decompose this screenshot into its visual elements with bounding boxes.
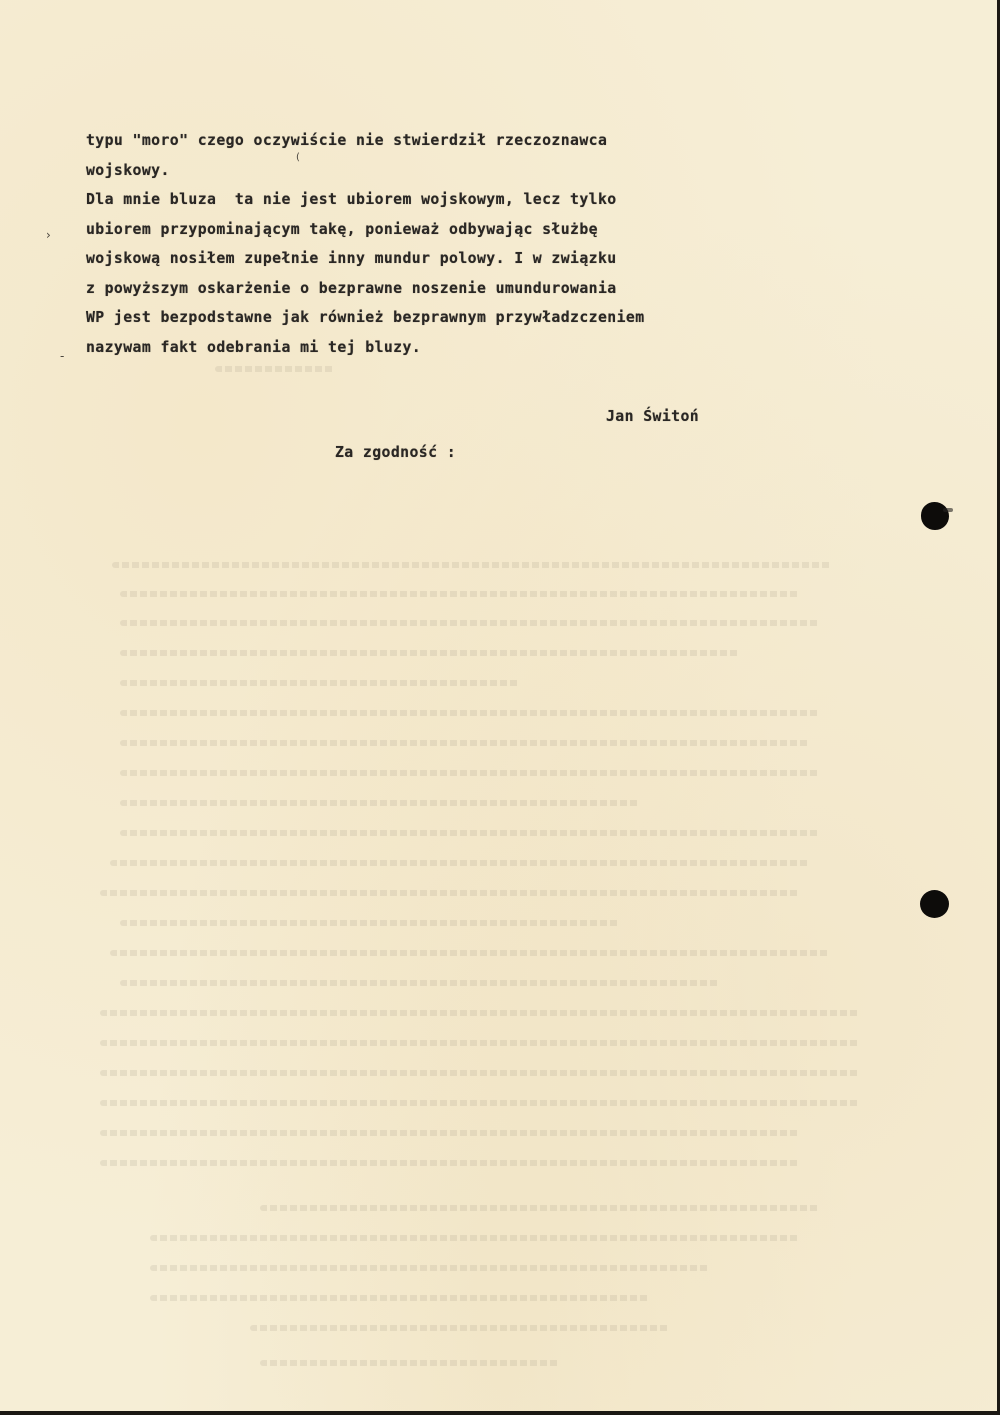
bleed-through-line [110,950,830,956]
scan-edge-bottom [0,1411,1000,1415]
bleed-through-line [150,1295,650,1301]
bleed-through-line [120,620,820,626]
bleed-through-line [100,890,800,896]
bleed-through-line [100,1130,800,1136]
bleed-through-line [120,710,820,716]
document-page: › - ( typu "moro" czego oczywiście nie s… [0,0,1000,1415]
margin-mark: - [60,349,64,363]
bleed-through-line [100,1010,860,1016]
bleed-through-line [260,1205,820,1211]
punch-hole-icon [921,502,949,530]
typed-body: typu "moro" czego oczywiście nie stwierd… [86,126,645,362]
body-line: wojskowy. [86,156,645,186]
bleed-through-line [100,1040,860,1046]
bleed-through-line [120,800,640,806]
bleed-through-line [260,1360,560,1366]
bleed-through-line [120,770,820,776]
bleed-through-line [112,562,832,568]
bleed-through-line [215,366,335,372]
body-line: Dla mnie bluza ta nie jest ubiorem wojsk… [86,185,645,215]
body-line: ubiorem przypominającym takę, ponieważ o… [86,215,645,245]
bleed-through-line [120,920,620,926]
bleed-through-line [120,740,810,746]
bleed-through-line [120,980,720,986]
body-line: typu "moro" czego oczywiście nie stwierd… [86,126,645,156]
margin-mark: › [46,228,51,242]
bleed-through-line [250,1325,670,1331]
bleed-through-line [110,860,810,866]
punch-hole-icon [920,890,949,918]
bleed-through-line [100,1070,860,1076]
body-line: nazywam fakt odebrania mi tej bluzy. [86,333,645,363]
bleed-through-line [150,1265,710,1271]
signature-name: Jan Świtoń [606,408,699,425]
attestation-label: Za zgodność : [335,444,456,461]
body-line: wojskową nosiłem zupełnie inny mundur po… [86,244,645,274]
bleed-through-line [100,1100,860,1106]
bleed-through-line [120,830,820,836]
bleed-through-line [120,591,800,597]
body-line: WP jest bezpodstawne jak również bezpraw… [86,303,645,333]
bleed-through-line [120,680,520,686]
bleed-through-line [120,650,740,656]
bleed-through-line [100,1160,800,1166]
body-line: z powyższym oskarżenie o bezprawne nosze… [86,274,645,304]
bleed-through-line [150,1235,800,1241]
